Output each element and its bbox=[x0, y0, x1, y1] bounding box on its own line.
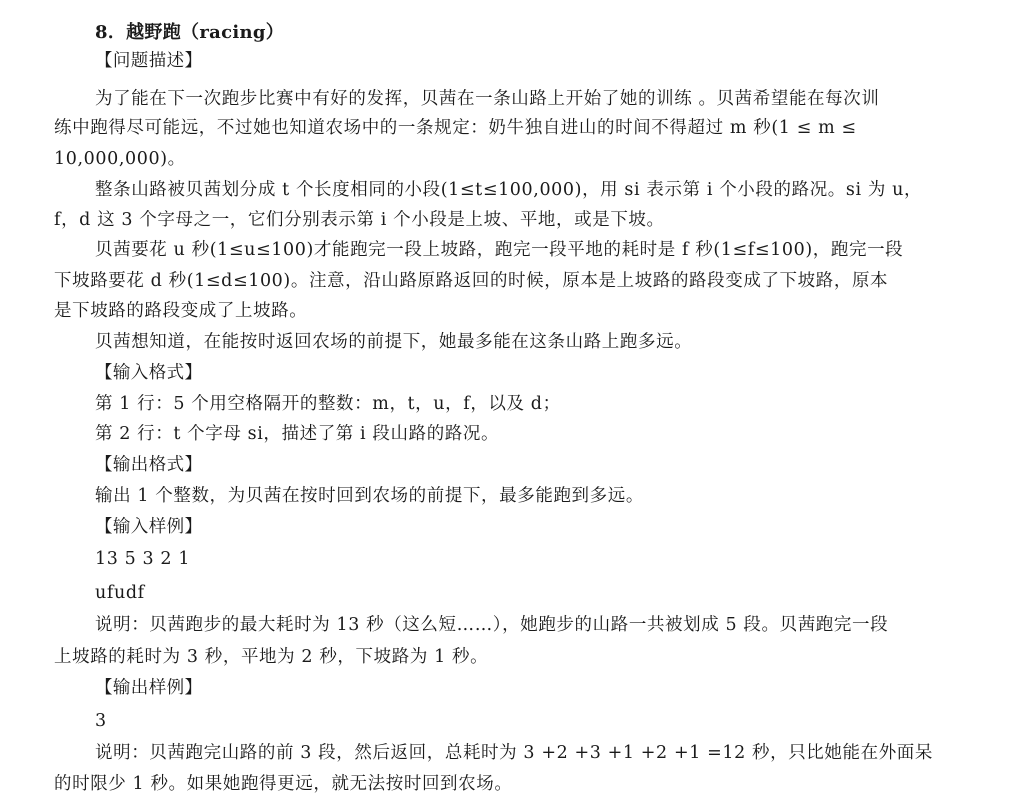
description-heading: 【问题描述】 bbox=[95, 50, 1017, 72]
sample-output-value: 3 bbox=[95, 710, 1017, 732]
sample-output-note-line-2: 的时限少 1 秒。如果她跑得更远，就无法按时回到农场。 bbox=[54, 773, 989, 795]
sample-input-note-line-1: 说明：贝茜跑步的最大耗时为 13 秒（这么短……），她跑步的山路一共被划成 5 … bbox=[95, 614, 1017, 636]
output-format-heading: 【输出格式】 bbox=[95, 454, 1017, 476]
description-paragraph-2-line-2: f，d 这 3 个字母之一，它们分别表示第 i 个小段是上坡、平地，或是下坡。 bbox=[54, 209, 989, 231]
sample-input-heading: 【输入样例】 bbox=[95, 516, 1017, 538]
sample-input-line-2: ufudf bbox=[95, 582, 1017, 604]
description-paragraph-2-line-1: 整条山路被贝茜划分成 t 个长度相同的小段(1≤t≤100,000)，用 si … bbox=[95, 179, 1017, 201]
description-paragraph-3-line-2: 下坡路要花 d 秒(1≤d≤100)。注意，沿山路原路返回的时候，原本是上坡路的… bbox=[54, 270, 989, 292]
input-format-line-1: 第 1 行：5 个用空格隔开的整数：m，t，u，f，以及 d； bbox=[95, 393, 1017, 415]
input-format-heading: 【输入格式】 bbox=[95, 362, 1017, 384]
output-format-description: 输出 1 个整数，为贝茜在按时回到农场的前提下，最多能跑到多远。 bbox=[95, 485, 1017, 507]
description-paragraph-1-line-1: 为了能在下一次跑步比赛中有好的发挥，贝茜在一条山路上开始了她的训练 。贝茜希望能… bbox=[95, 88, 975, 110]
input-format-line-2: 第 2 行：t 个字母 si，描述了第 i 段山路的路况。 bbox=[95, 423, 1017, 445]
description-paragraph-1-line-2: 练中跑得尽可能远，不过她也知道农场中的一条规定：奶牛独自进山的时间不得超过 m … bbox=[54, 117, 989, 139]
sample-output-note-line-1: 说明：贝茜跑完山路的前 3 段，然后返回，总耗时为 3 +2 +3 +1 +2 … bbox=[95, 742, 1017, 764]
problem-title: 8．越野跑（racing） bbox=[95, 22, 1017, 44]
sample-input-line-1: 13 5 3 2 1 bbox=[95, 548, 1017, 570]
document-page: 8．越野跑（racing） 【问题描述】 为了能在下一次跑步比赛中有好的发挥，贝… bbox=[0, 0, 1017, 807]
sample-output-heading: 【输出样例】 bbox=[95, 677, 1017, 699]
description-paragraph-3-line-3: 是下坡路的路段变成了上坡路。 bbox=[54, 300, 989, 322]
description-paragraph-3-line-1: 贝茜要花 u 秒(1≤u≤100)才能跑完一段上坡路，跑完一段平地的耗时是 f … bbox=[95, 239, 1017, 261]
description-paragraph-1-line-3: 10,000,000)。 bbox=[54, 148, 989, 170]
sample-input-note-line-2: 上坡路的耗时为 3 秒，平地为 2 秒，下坡路为 1 秒。 bbox=[54, 646, 989, 668]
description-paragraph-4: 贝茜想知道，在能按时返回农场的前提下，她最多能在这条山路上跑多远。 bbox=[95, 331, 1017, 353]
